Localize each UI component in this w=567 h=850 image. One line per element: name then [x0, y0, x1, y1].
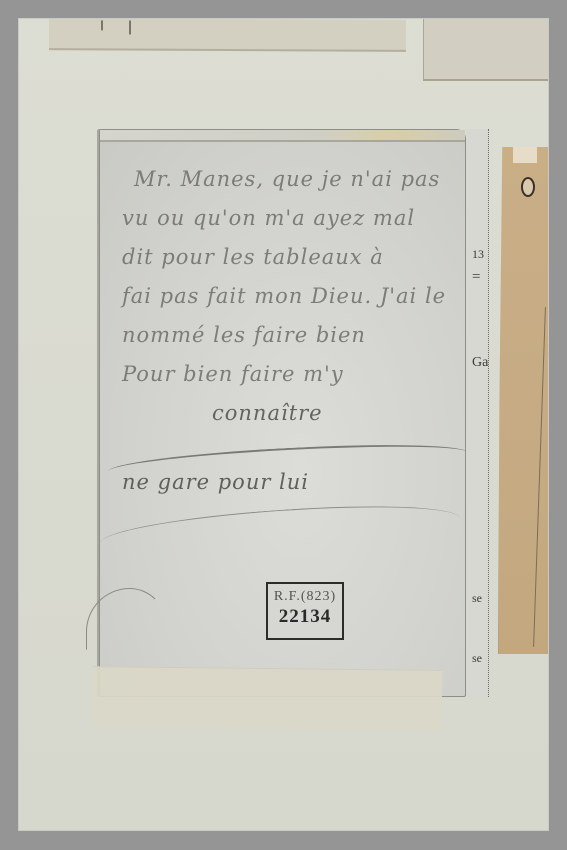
kraft-paper-strip	[498, 147, 549, 654]
paper-fragment-top-right	[423, 19, 549, 81]
handwriting-line: connaître	[122, 394, 457, 433]
sheet-top-edge	[100, 130, 465, 142]
handwriting-line: Mr. Manes, que je n'ai pas	[122, 160, 457, 199]
handwriting-line: nommé les faire bien	[122, 316, 457, 355]
seal-stamp-icon	[521, 177, 535, 197]
stamp-top-text: R.F.(823)	[268, 588, 342, 606]
handwriting-line: vu ou qu'on m'a ayez mal	[122, 199, 457, 238]
handwriting-line: fai pas fait mon Dieu. J'ai le	[122, 277, 457, 316]
printed-fragment: 13	[472, 247, 484, 262]
printed-fragment: se	[472, 651, 482, 666]
handwriting-line: dit pour les tableaux à	[122, 238, 457, 277]
tape-tab	[513, 147, 537, 163]
pencil-mark	[129, 20, 131, 34]
printed-fragment: se	[472, 591, 482, 606]
pencil-line	[533, 307, 546, 647]
collection-stamp: R.F.(823) 22134	[266, 582, 344, 640]
printed-page-edge: 13 = Ga se se	[466, 129, 489, 697]
handwriting-line: Pour bien faire m'y	[122, 355, 457, 394]
printed-fragment: =	[472, 269, 480, 286]
mounting-hinge-tape	[92, 666, 443, 731]
printed-fragment: Ga	[472, 355, 488, 371]
pencil-stroke	[99, 497, 461, 563]
paper-fragment-top-left	[49, 18, 406, 52]
pencil-mark	[101, 20, 103, 30]
inventory-number: 22134	[268, 606, 342, 628]
